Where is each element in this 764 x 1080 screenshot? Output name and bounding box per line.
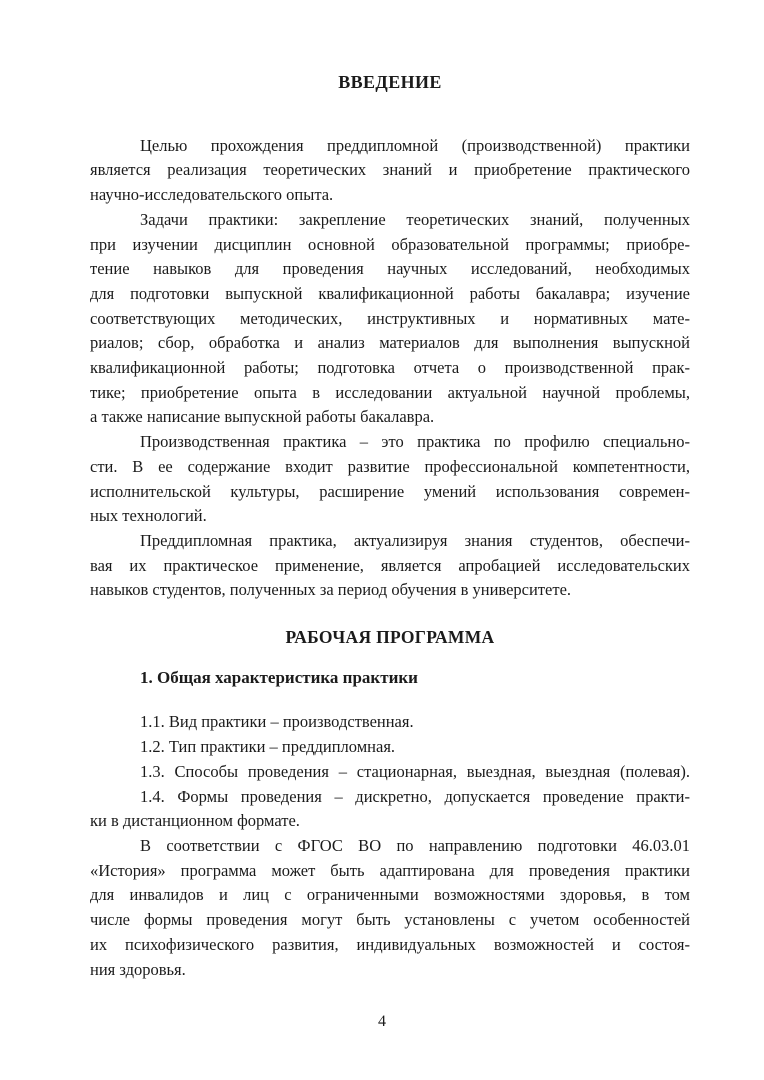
text-line: Задачи практики: закрепление теоретическ… [90,208,690,233]
text-line: для подготовки выпускной квалификационно… [90,282,690,307]
text-line: соответствующих методических, инструктив… [90,307,690,332]
text-line: тике; приобретение опыта в исследовании … [90,381,690,406]
page-number: 4 [0,1012,764,1032]
text-line: числе формы проведения могут быть устано… [90,908,690,933]
text-line: Преддипломная практика, актуализируя зна… [90,529,690,554]
intro-paragraph-production-practice: Производственная практика – это практика… [90,430,690,529]
text-line: тение навыков для проведения научных исс… [90,257,690,282]
paragraph-fgos-adaptation: В соответствии с ФГОС ВО по направлению … [90,834,690,982]
text-line: Целью прохождения преддипломной (произво… [90,134,690,159]
text-line: ных технологий. [90,504,690,529]
text-line: а также написание выпускной работы бакал… [90,405,690,430]
heading-vvedenie: ВВЕДЕНИЕ [90,70,690,95]
list-item-1-1-vid-praktiki: 1.1. Вид практики – производственная. [90,710,690,735]
document-page: ВВЕДЕНИЕЦелью прохождения преддипломной … [0,0,764,1080]
text-line: вая их практическое применение, является… [90,554,690,579]
text-line: ки в дистанционном формате. [90,809,690,834]
text-line: исполнительской культуры, расширение уме… [90,480,690,505]
text-line: Производственная практика – это практика… [90,430,690,455]
document-body: ВВЕДЕНИЕЦелью прохождения преддипломной … [0,0,764,982]
text-line: риалов; сбор, обработка и анализ материа… [90,331,690,356]
text-line: для инвалидов и лиц с ограниченными возм… [90,883,690,908]
text-line: 1.1. Вид практики – производственная. [90,710,690,735]
text-line: «История» программа может быть адаптиров… [90,859,690,884]
text-line: В соответствии с ФГОС ВО по направлению … [90,834,690,859]
heading-rabochaya-programma: РАБОЧАЯ ПРОГРАММА [90,625,690,650]
intro-paragraph-goal: Целью прохождения преддипломной (произво… [90,134,690,208]
heading-obshchaya-kharakteristika: 1. Общая характеристика практики [90,666,690,691]
text-line: научно-исследовательского опыта. [90,183,690,208]
list-item-1-2-tip-praktiki: 1.2. Тип практики – преддипломная. [90,735,690,760]
text-line: их психофизического развития, индивидуал… [90,933,690,958]
intro-paragraph-pre-diploma: Преддипломная практика, актуализируя зна… [90,529,690,603]
text-line: навыков студентов, полученных за период … [90,578,690,603]
text-line: 1.4. Формы проведения – дискретно, допус… [90,785,690,810]
list-item-1-3-sposoby-provedeniya: 1.3. Способы проведения – стационарная, … [90,760,690,785]
text-line: квалификационной работы; подготовка отче… [90,356,690,381]
text-line: при изучении дисциплин основной образова… [90,233,690,258]
list-item-1-4-formy-provedeniya: 1.4. Формы проведения – дискретно, допус… [90,785,690,834]
text-line: ния здоровья. [90,958,690,983]
text-line: является реализация теоретических знаний… [90,158,690,183]
text-line: 1.3. Способы проведения – стационарная, … [90,760,690,785]
text-line: сти. В ее содержание входит развитие про… [90,455,690,480]
intro-paragraph-tasks: Задачи практики: закрепление теоретическ… [90,208,690,430]
text-line: 1.2. Тип практики – преддипломная. [90,735,690,760]
